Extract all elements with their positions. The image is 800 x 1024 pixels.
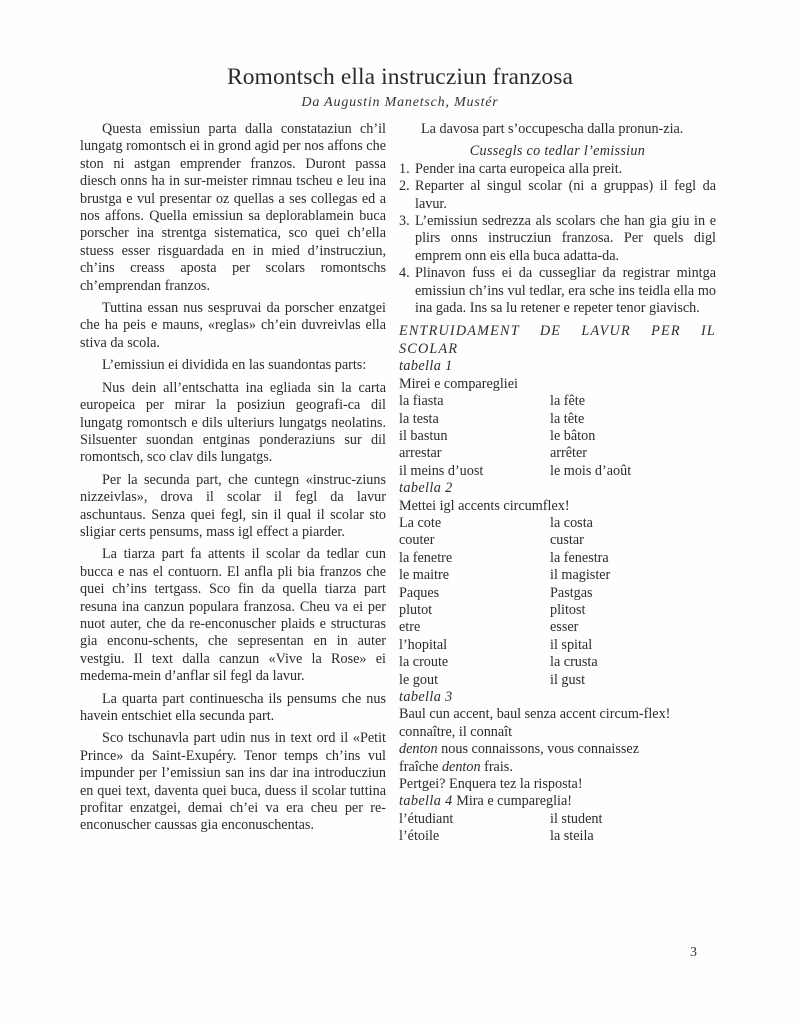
word-pair: coutercustar [399,532,716,549]
tabella-3-line: denton nous connaissons, vous connaissez [399,741,716,758]
tabella-4-label: tabella 4 [399,793,453,809]
paragraph: Nus dein all’entschatta ina egliada sin … [80,380,386,467]
word-pair: l’étoilela steila [399,828,716,845]
tabella-3-line: connaître, il connaît [399,724,716,741]
word-pair: La cotela costa [399,515,716,532]
tip-item: 3.L’emissiun sedrezza als scolars che ha… [399,213,716,265]
tabella-3-line: fraîche denton frais. [399,759,716,776]
paragraph: Sco tschunavla part udin nus in text ord… [80,730,386,834]
word-pair: arrestararrêter [399,445,716,462]
tabella-3-line: Pertgei? Enquera tez la risposta! [399,776,716,793]
article-byline: Da Augustin Manetsch, Mustér [0,95,800,111]
tabella-1-label: tabella 1 [399,358,716,375]
word-pair: il meins d’uostle mois d’août [399,463,716,480]
right-column: La davosa part s’occupescha dalla pronun… [399,121,716,846]
paragraph: Tuttina essan nus sespruvai da porscher … [80,300,386,352]
word-pair: la croutela crusta [399,654,716,671]
word-pair: la fenetrela fenestra [399,550,716,567]
word-pair: il bastunle bâton [399,428,716,445]
article-title: Romontsch ella instrucziun franzosa [0,64,800,91]
word-pair: plutotplitost [399,602,716,619]
tabella-4-header: tabella 4 Mira e cumpareglia! [399,793,716,810]
tabella-4-pairs: l’étudiantil student l’étoilela steila [399,811,716,846]
paragraph: La davosa part s’occupescha dalla pronun… [399,121,716,138]
tabella-4-instruction: Mira e cumpareglia! [453,793,572,809]
word-pair: l’hopitalil spital [399,637,716,654]
tabella-2-pairs: La cotela costa coutercustar la fenetrel… [399,515,716,689]
paragraph: La tiarza part fa attents il scolar da t… [80,546,386,685]
tip-item: 1.Pender ina carta europeica alla preit. [399,161,716,178]
tabella-1-instruction: Mirei e comparegliei [399,376,716,393]
word-pair: le goutil gust [399,672,716,689]
tip-item: 4.Plinavon fuss ei da cussegliar da regi… [399,265,716,317]
tabella-3-label: tabella 3 [399,689,716,706]
tip-item: 2.Reparter al singul scolar (ni a gruppa… [399,178,716,213]
word-pair: la testala tête [399,411,716,428]
tabella-3-instruction: Baul cun accent, baul senza accent circu… [399,706,716,723]
word-pair: PaquesPastgas [399,585,716,602]
paragraph: L’emissiun ei dividida en las suandontas… [80,357,386,374]
paragraph: Questa emissiun parta dalla constataziun… [80,121,386,295]
tips-heading: Cussegls co tedlar l’emissiun [399,143,716,160]
section-heading: ENTRUIDAMENT DE LAVUR PER IL SCOLAR [399,323,716,358]
word-pair: la fiastala fête [399,393,716,410]
left-column: Questa emissiun parta dalla constataziun… [80,121,386,840]
tabella-2-label: tabella 2 [399,480,716,497]
word-pair: etreesser [399,619,716,636]
page-number: 3 [690,945,697,961]
tips-list: 1.Pender ina carta europeica alla preit.… [399,161,716,318]
tabella-2-instruction: Mettei igl accents circumflex! [399,498,716,515]
word-pair: le maitreil magister [399,567,716,584]
paragraph: Per la secunda part, che cuntegn «instru… [80,472,386,542]
paragraph: La quarta part continuescha ils pensums … [80,691,386,726]
word-pair: l’étudiantil student [399,811,716,828]
tabella-1-pairs: la fiastala fête la testala tête il bast… [399,393,716,480]
